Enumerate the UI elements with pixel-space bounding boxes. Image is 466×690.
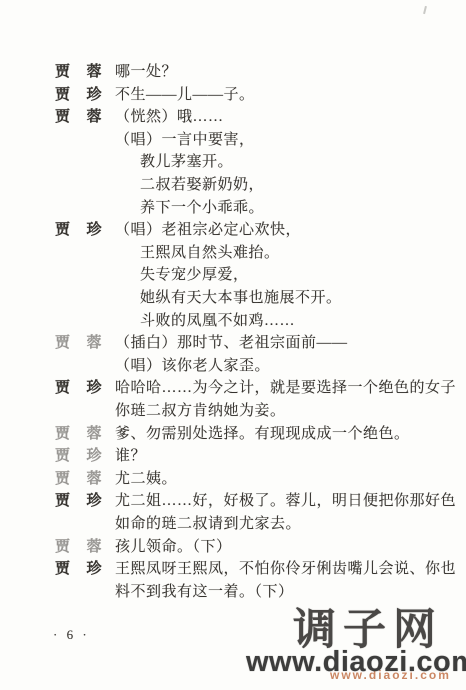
dialogue-text: 王熙凤呀王熙凤，不怕你伶牙俐齿嘴儿会说、你也 bbox=[115, 557, 456, 578]
script-line: （唱）一言中要害， bbox=[0, 128, 466, 149]
dialogue-text: 不生——儿——子。 bbox=[115, 83, 255, 104]
script-line: 如命的琏二叔请到尤家去。 bbox=[0, 512, 466, 533]
dialogue-text: 她纵有天大本事也施展不开。 bbox=[140, 286, 342, 307]
speaker-name: 贾珍 bbox=[55, 489, 102, 510]
dialogue-text: 尤二姨。 bbox=[115, 467, 177, 488]
script-line: 贾珍王熙凤呀王熙凤，不怕你伶牙俐齿嘴儿会说、你也 bbox=[0, 557, 466, 578]
book-page: 贾蓉哪一处？贾珍不生——儿——子。贾蓉（恍然）哦……（唱）一言中要害，教儿茅塞开… bbox=[0, 0, 466, 690]
script-line: 斗败的凤凰不如鸡…… bbox=[0, 309, 466, 330]
watermark-url-block: www.diaozi.com www.diaozi.com bbox=[246, 646, 466, 686]
script-line: 贾珍哈哈哈……为今之计，就是要选择一个绝色的女子 bbox=[0, 376, 466, 397]
dialogue-text: 教儿茅塞开。 bbox=[140, 150, 233, 171]
speaker-name: 贾珍 bbox=[55, 218, 102, 239]
dialogue-text: 王熙凤自然头难抬。 bbox=[140, 241, 280, 262]
script-line: 失专宠少厚爱， bbox=[0, 263, 466, 284]
script-line: 贾蓉孩儿领命。（下） bbox=[0, 535, 466, 556]
script-line: 王熙凤自然头难抬。 bbox=[0, 241, 466, 262]
dialogue-text: 斗败的凤凰不如鸡…… bbox=[140, 309, 295, 330]
speaker-name: 贾珍 bbox=[55, 376, 102, 397]
script-line: 贾蓉尤二姨。 bbox=[0, 467, 466, 488]
dialogue-text: （唱）老祖宗必定心欢快， bbox=[115, 218, 301, 239]
script-line: 贾蓉（插白）那时节、老祖宗面前—— bbox=[0, 331, 466, 352]
script-line: 她纵有天大本事也施展不开。 bbox=[0, 286, 466, 307]
script-line: 贾珍谁？ bbox=[0, 444, 466, 465]
dialogue-text: 如命的琏二叔请到尤家去。 bbox=[115, 512, 301, 533]
dialogue-text: 谁？ bbox=[115, 444, 146, 465]
script-line: 你琏二叔方肯纳她为妾。 bbox=[0, 399, 466, 420]
dialogue-text: 二叔若娶新奶奶， bbox=[140, 173, 264, 194]
dialogue-text: 哪一处？ bbox=[115, 60, 177, 81]
script-text-block: 贾蓉哪一处？贾珍不生——儿——子。贾蓉（恍然）哦……（唱）一言中要害，教儿茅塞开… bbox=[0, 0, 466, 620]
script-line: 贾蓉（恍然）哦…… bbox=[0, 105, 466, 126]
script-line: 贾蓉哪一处？ bbox=[0, 60, 466, 81]
dialogue-text: 料不到我有这一着。（下） bbox=[115, 580, 294, 601]
script-line: 养下一个小乖乖。 bbox=[0, 196, 466, 217]
script-line: 贾珍（唱）老祖宗必定心欢快， bbox=[0, 218, 466, 239]
script-line: （唱）该你老人家歪。 bbox=[0, 354, 466, 375]
dialogue-text: 孩儿领命。（下） bbox=[115, 535, 232, 556]
script-line: 贾珍不生——儿——子。 bbox=[0, 83, 466, 104]
speaker-name: 贾蓉 bbox=[55, 467, 102, 488]
speaker-name: 贾珍 bbox=[55, 444, 102, 465]
script-line: 二叔若娶新奶奶， bbox=[0, 173, 466, 194]
dialogue-text: 失专宠少厚爱， bbox=[140, 263, 249, 284]
script-line: 教儿茅塞开。 bbox=[0, 150, 466, 171]
speaker-name: 贾珍 bbox=[55, 557, 102, 578]
dialogue-text: （唱）该你老人家歪。 bbox=[115, 354, 270, 375]
dialogue-text: 养下一个小乖乖。 bbox=[140, 196, 264, 217]
dialogue-text: （插白）那时节、老祖宗面前—— bbox=[115, 331, 348, 352]
speaker-name: 贾珍 bbox=[55, 83, 102, 104]
dialogue-text: （恍然）哦…… bbox=[115, 105, 224, 126]
speaker-name: 贾蓉 bbox=[55, 422, 102, 443]
speaker-name: 贾蓉 bbox=[55, 331, 102, 352]
speaker-name: 贾蓉 bbox=[55, 105, 102, 126]
speaker-name: 贾蓉 bbox=[55, 535, 102, 556]
dialogue-text: 哈哈哈……为今之计，就是要选择一个绝色的女子 bbox=[115, 376, 456, 397]
script-line: 贾珍尤二姐……好，好极了。蓉儿，明日便把你那好色 bbox=[0, 489, 466, 510]
dialogue-text: 爹、勿需别处选择。有现现成成一个绝色。 bbox=[115, 422, 410, 443]
watermark-site-url: www.diaozi.com bbox=[246, 646, 466, 679]
dialogue-text: 你琏二叔方肯纳她为妾。 bbox=[115, 399, 286, 420]
script-line: 贾蓉爹、勿需别处选择。有现现成成一个绝色。 bbox=[0, 422, 466, 443]
speaker-name: 贾蓉 bbox=[55, 60, 102, 81]
dialogue-text: 尤二姐……好，好极了。蓉儿，明日便把你那好色 bbox=[115, 489, 456, 510]
dialogue-text: （唱）一言中要害， bbox=[115, 128, 255, 149]
page-number: · 6 · bbox=[53, 627, 90, 643]
